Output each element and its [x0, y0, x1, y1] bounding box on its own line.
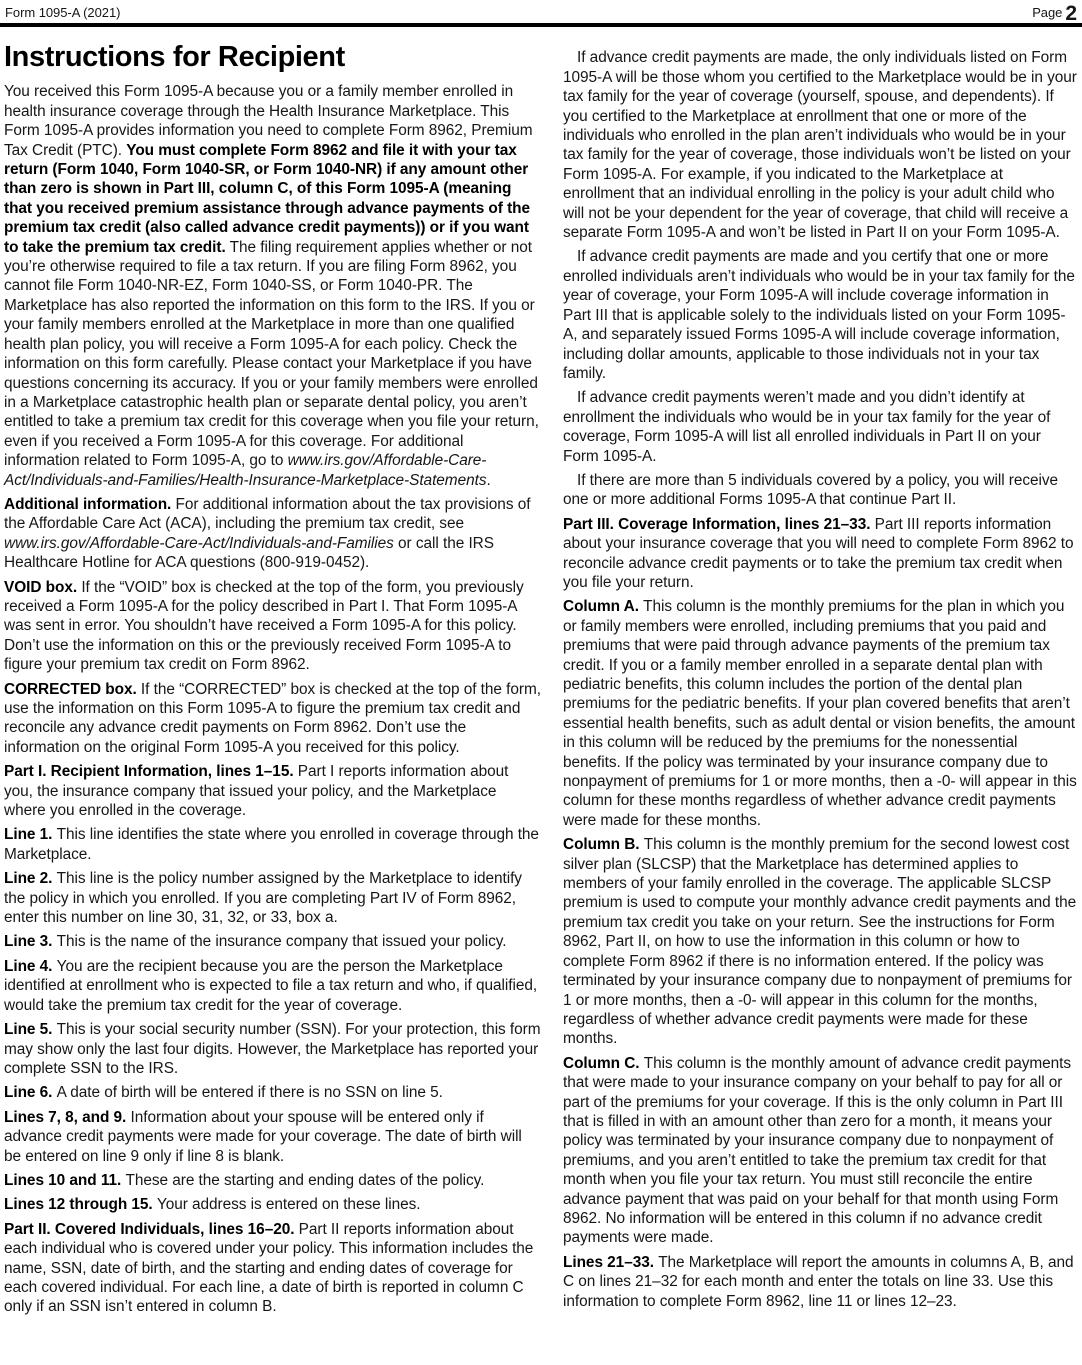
lead-in-text: Line 4.: [4, 958, 57, 975]
form-number-label: Form 1095-A (2021): [5, 3, 120, 22]
body-text: Your address is entered on these lines.: [157, 1196, 421, 1213]
body-text: A date of birth will be entered if there…: [57, 1084, 443, 1101]
lead-in-text: Part III. Coverage Information, lines 21…: [563, 516, 875, 533]
paragraph: Part II. Covered Individuals, lines 16–2…: [4, 1220, 541, 1317]
paragraph: Line 2. This line is the policy number a…: [4, 869, 541, 927]
lead-in-text: Line 1.: [4, 826, 57, 843]
paragraph: If advance credit payments are made, the…: [563, 48, 1078, 242]
lead-in-text: Column B.: [563, 836, 644, 853]
page-header: Form 1095-A (2021) Page 2: [0, 0, 1082, 23]
lead-in-text: Line 2.: [4, 870, 57, 887]
paragraph: Lines 12 through 15. Your address is ent…: [4, 1195, 541, 1214]
body-text: This is your social security number (SSN…: [4, 1021, 541, 1077]
lead-in-text: Lines 10 and 11.: [4, 1172, 125, 1189]
body-text: If there are more than 5 individuals cov…: [563, 472, 1058, 508]
paragraph: You received this Form 1095-A because yo…: [4, 82, 541, 490]
body-text: These are the starting and ending dates …: [125, 1172, 484, 1189]
paragraph: Part I. Recipient Information, lines 1–1…: [4, 762, 541, 820]
left-column: Instructions for Recipient You received …: [4, 27, 541, 1321]
paragraph: Line 4. You are the recipient because yo…: [4, 957, 541, 1015]
url-text: www.irs.gov/Affordable-Care-Act/Individu…: [4, 535, 394, 552]
paragraph: Lines 21–33. The Marketplace will report…: [563, 1253, 1078, 1311]
paragraph: If advance credit payments weren’t made …: [563, 388, 1078, 466]
body-text: This column is the monthly amount of adv…: [563, 1055, 1071, 1247]
right-column: If advance credit payments are made, the…: [563, 27, 1078, 1321]
body-text: This is the name of the insurance compan…: [57, 933, 507, 950]
paragraph: Line 3. This is the name of the insuranc…: [4, 932, 541, 951]
content-columns: Instructions for Recipient You received …: [0, 27, 1082, 1321]
paragraph: Lines 7, 8, and 9. Information about you…: [4, 1108, 541, 1166]
body-text: This line identifies the state where you…: [4, 826, 539, 862]
left-paragraphs: You received this Form 1095-A because yo…: [4, 82, 541, 1316]
paragraph: Line 6. A date of birth will be entered …: [4, 1083, 541, 1102]
paragraph: Column A. This column is the monthly pre…: [563, 597, 1078, 830]
lead-in-text: Lines 7, 8, and 9.: [4, 1109, 131, 1126]
lead-in-text: Line 5.: [4, 1021, 57, 1038]
body-text: This column is the monthly premiums for …: [563, 598, 1077, 828]
body-text: This line is the policy number assigned …: [4, 870, 522, 926]
paragraph: If there are more than 5 individuals cov…: [563, 471, 1078, 510]
lead-in-text: VOID box.: [4, 579, 81, 596]
lead-in-text: Column C.: [563, 1055, 644, 1072]
lead-in-text: Line 3.: [4, 933, 57, 950]
paragraph: Lines 10 and 11. These are the starting …: [4, 1171, 541, 1190]
body-text: This column is the monthly premium for t…: [563, 836, 1076, 1047]
page-indicator: Page 2: [1032, 3, 1077, 22]
lead-in-text: Part II. Covered Individuals, lines 16–2…: [4, 1221, 299, 1238]
lead-in-text: Lines 12 through 15.: [4, 1196, 157, 1213]
page-label: Page: [1032, 3, 1062, 22]
paragraph: Line 1. This line identifies the state w…: [4, 825, 541, 864]
paragraph: Column C. This column is the monthly amo…: [563, 1054, 1078, 1248]
body-text: .: [486, 472, 490, 489]
paragraph: If advance credit payments are made and …: [563, 247, 1078, 383]
body-text: The filing requirement applies whether o…: [4, 239, 539, 469]
lead-in-text: CORRECTED box.: [4, 681, 141, 698]
paragraph: VOID box. If the “VOID” box is checked a…: [4, 578, 541, 675]
paragraph: Column B. This column is the monthly pre…: [563, 835, 1078, 1048]
lead-in-text: Additional information.: [4, 496, 176, 513]
body-text: If the “VOID” box is checked at the top …: [4, 579, 524, 674]
lead-in-text: Part I. Recipient Information, lines 1–1…: [4, 763, 298, 780]
paragraph: Additional information. For additional i…: [4, 495, 541, 573]
right-paragraphs: If advance credit payments are made, the…: [563, 27, 1078, 1311]
lead-in-text: Lines 21–33.: [563, 1254, 658, 1271]
paragraph: Line 5. This is your social security num…: [4, 1020, 541, 1078]
paragraph: Part III. Coverage Information, lines 21…: [563, 515, 1078, 593]
body-text: If advance credit payments weren’t made …: [563, 389, 1050, 464]
body-text: If advance credit payments are made, the…: [563, 49, 1077, 241]
paragraph: CORRECTED box. If the “CORRECTED” box is…: [4, 680, 541, 758]
lead-in-text: Line 6.: [4, 1084, 57, 1101]
lead-in-text: Column A.: [563, 598, 643, 615]
page-title: Instructions for Recipient: [4, 42, 541, 73]
body-text: If advance credit payments are made and …: [563, 248, 1075, 381]
body-text: You are the recipient because you are th…: [4, 958, 537, 1014]
page-number: 2: [1065, 5, 1077, 22]
